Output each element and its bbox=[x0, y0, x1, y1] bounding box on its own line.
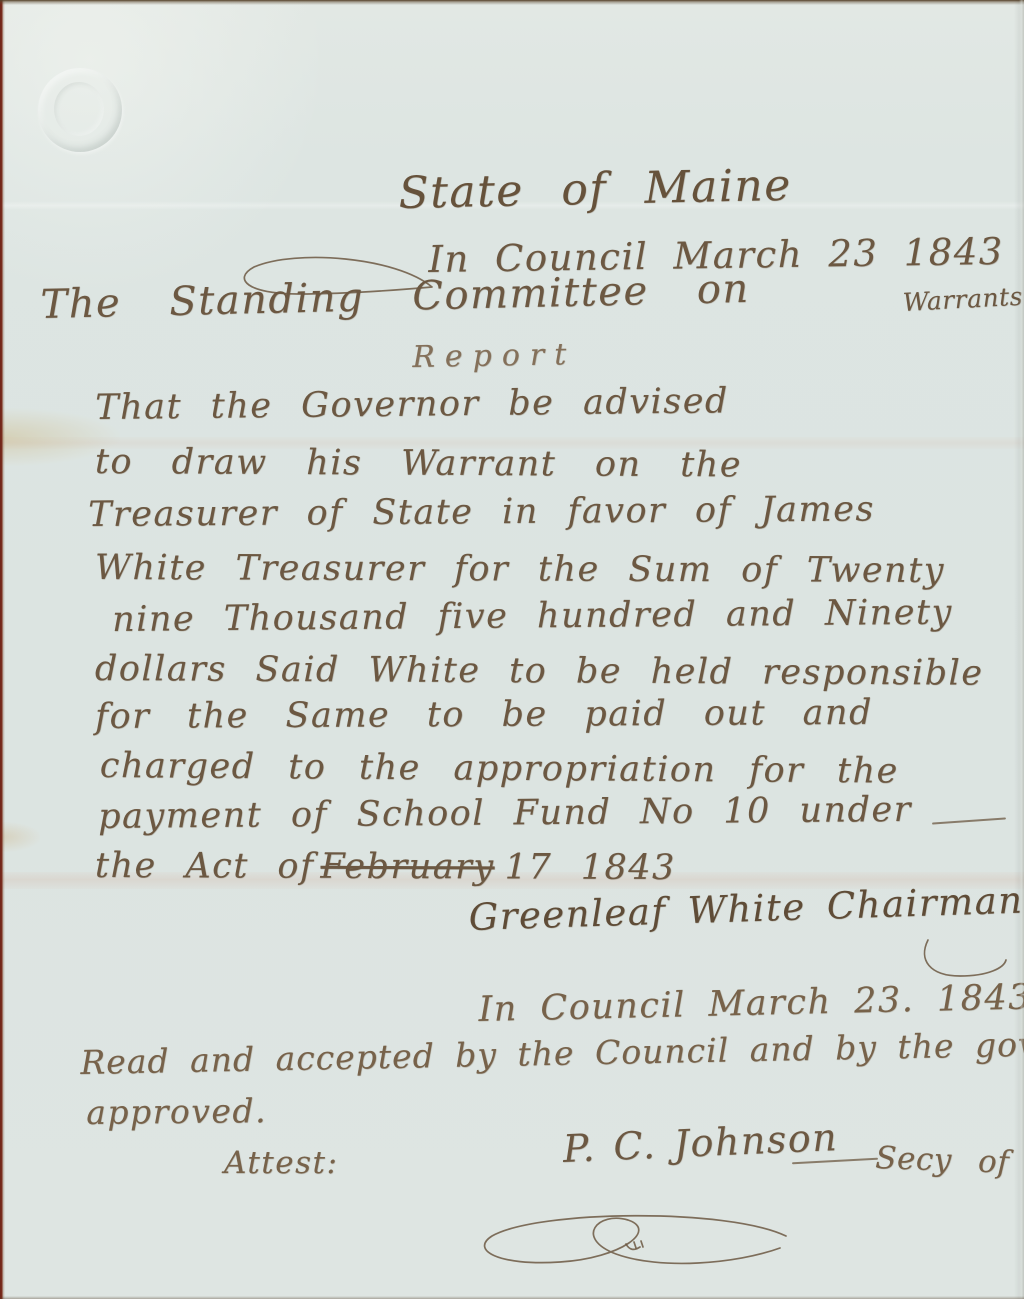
document-page: State of Maine In Council March 23 1843 … bbox=[0, 0, 1024, 1299]
committee-warrants-word: Warrants bbox=[902, 282, 1024, 317]
paper-edge-top bbox=[0, 0, 1024, 5]
body-line: nine Thousand five hundred and Ninety bbox=[112, 593, 953, 640]
signature-flourish bbox=[468, 1208, 798, 1293]
body-final-line: the Act ofFebruary17 1843 bbox=[95, 846, 676, 888]
approval-dateline: In Council March 23. 1843. bbox=[478, 977, 1024, 1030]
paper-edge-left bbox=[0, 0, 5, 1299]
secretary-title: Secy of State. bbox=[875, 1140, 1024, 1185]
body-line: to draw his Warrant on the bbox=[95, 442, 742, 485]
approved-word: approved. bbox=[86, 1091, 267, 1132]
attest-label: Attest: bbox=[224, 1145, 338, 1181]
approval-line: Read and accepted by the Council and by … bbox=[80, 1023, 1024, 1082]
paper-edge-right bbox=[1014, 0, 1024, 1299]
body-line: That the Governor be advised bbox=[95, 381, 729, 428]
committee-line: The Standing Committee on bbox=[40, 266, 750, 328]
struck-word: February bbox=[320, 847, 494, 888]
signature-tail-flourish bbox=[900, 938, 1010, 983]
final-line-prefix: the Act of bbox=[95, 846, 315, 887]
page-title: State of Maine bbox=[398, 160, 792, 219]
report-heading: Report bbox=[412, 337, 577, 375]
body-line: Treasurer of State in favor of James bbox=[88, 490, 875, 535]
body-line: White Treasurer for the Sum of Twenty bbox=[95, 548, 945, 591]
body-line: dollars Said White to be held responsibl… bbox=[95, 649, 984, 694]
body-line: charged to the appropriation for the bbox=[100, 746, 899, 792]
paper-stain bbox=[0, 822, 40, 852]
final-line-suffix: 17 1843 bbox=[505, 847, 676, 888]
embossed-seal bbox=[38, 68, 122, 152]
ink-dash bbox=[932, 817, 1006, 824]
body-line: payment of School Fund No 10 under bbox=[98, 790, 912, 837]
body-line: for the Same to be paid out and bbox=[95, 693, 873, 737]
